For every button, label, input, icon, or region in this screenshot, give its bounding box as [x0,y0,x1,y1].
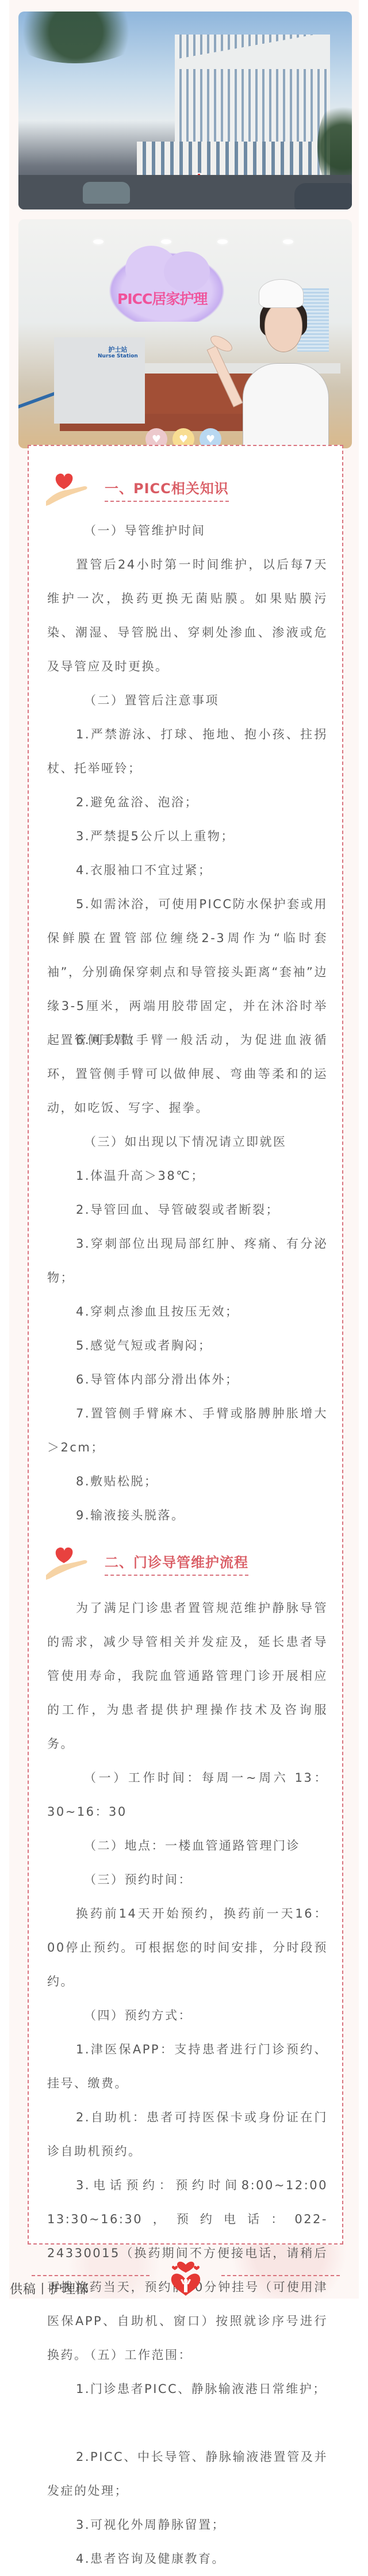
list-item: 3.穿刺部位出现局部红肿、疼痛、有分泌物； [47,1227,328,1295]
nurse-uniform [243,363,329,448]
floor-trim [18,390,59,408]
section-title: 二、门诊导管维护流程 [105,1551,248,1576]
ceiling-light [93,239,103,244]
list-item: 4.穿刺点渗血且按压无效； [47,1295,328,1329]
nurse-station-photo: 护士站 Nurse Station PICC居家护理 [18,219,352,448]
subheading: （一）工作时间：每周一~周六 13：30~16：30 [47,1761,328,1829]
list-item: 1.门诊患者PICC、静脉输液港日常维护； [47,2372,328,2406]
section-heading: 二、门诊导管维护流程 [46,1543,299,1580]
hospital-building-photo [18,12,352,209]
footer-divider-left [32,2275,149,2276]
list-item: 1.严禁游泳、打球、拖地、抱小孩、拄拐杖、托举哑铃； [47,718,328,786]
article-credit: 供稿丨护理部 [10,2280,89,2297]
sign-chinese: 护士站 [98,346,138,353]
subheading: （四）预约方式： [47,1999,328,2033]
sign-english: Nurse Station [98,353,138,359]
cloud-bubble [109,253,224,322]
nurse-face [264,303,302,352]
heart-icon: ♥ [179,433,188,445]
list-item: 1.体温升高＞38℃； [47,1159,328,1193]
subheading: （三）如出现以下情况请立即就医 [47,1125,328,1159]
list-item: 5.感觉气短或者胸闷； [47,1329,328,1363]
ceiling-light [283,239,293,244]
paragraph: 换药前14天开始预约，换药前一天16：00停止预约。可根据您的时间安排，分时段预… [47,1897,328,1999]
heart-icon: ♥ [152,433,161,445]
heart-care-icon [170,2254,201,2297]
list-item: 9.输液接头脱落。 [47,1499,328,1533]
content-box: 一、PICC相关知识 （一）导管维护时间 置管后24小时第一时间维护，以后每7天… [28,445,343,2245]
list-item: 1.津医保APP：支持患者进行门诊预约、挂号、缴费。 [47,2033,328,2101]
list-item: 6.可以做手臂一般活动，为促进血液循环，置管侧手臂可以做伸展、弯曲等柔和的运动，… [47,1023,328,1125]
tower-roof [175,35,330,69]
list-item: 2.自助机：患者可持医保卡或身份证在门诊自助机预约。 [47,2101,328,2169]
section-heading: 一、PICC相关知识 [46,469,299,506]
nurse-station-sign: 护士站 Nurse Station [98,346,138,359]
list-item: 3.可视化外周静脉留置； [47,2508,328,2542]
list-item: 4.患者咨询及健康教育。 [47,2542,328,2576]
heart-icon: ♥ [206,433,215,445]
paragraph: 置管后24小时第一时间维护，以后每7天维护一次，换药更换无菌贴膜。如果贴膜污染、… [47,548,328,684]
nurse-cap [259,279,304,308]
subheading: （一）导管维护时间 [47,514,328,548]
list-item: 2.导管回血、导管破裂或者断裂； [47,1193,328,1227]
subheading: （五）工作范围： [47,2338,328,2372]
ceiling-light [217,239,228,244]
paragraph: 为了满足门诊患者置管规范维护静脉导管的需求，减少导管相关并发症及，延长患者导管使… [47,1591,328,1761]
subheading: （二）地点：一楼血管通路管理门诊 [47,1829,328,1863]
hand-holding-heart-icon [46,469,90,506]
tree-decoration [18,12,145,63]
article-page: 护士站 Nurse Station PICC居家护理 ♥ ♥ ♥ 一、PICC相… [0,0,368,2299]
footer-divider-right [221,2275,340,2276]
car-icon [83,182,130,204]
ceiling-light [161,239,171,244]
subheading: （三）预约时间： [47,1863,328,1897]
list-item: 6.导管体内部分滑出体外； [47,1363,328,1397]
hand-holding-heart-icon [46,1543,90,1580]
section-title: 一、PICC相关知识 [105,477,229,502]
list-item: 8.敷贴松脱； [47,1465,328,1499]
list-item: 3.严禁提5公斤以上重物； [47,820,328,853]
list-item: 2.PICC、中长导管、静脉输液港置管及并发症的处理； [47,2440,328,2508]
subheading: （二）置管后注意事项 [47,684,328,718]
list-item: 7.置管侧手臂麻木、手臂或胳膊肿胀增大＞2cm； [47,1397,328,1465]
list-item: 4.衣服袖口不宜过紧； [47,853,328,887]
list-item: 2.避免盆浴、泡浴； [47,786,328,820]
cloud-label: PICC居家护理 [117,288,207,308]
car-icon [294,183,352,209]
